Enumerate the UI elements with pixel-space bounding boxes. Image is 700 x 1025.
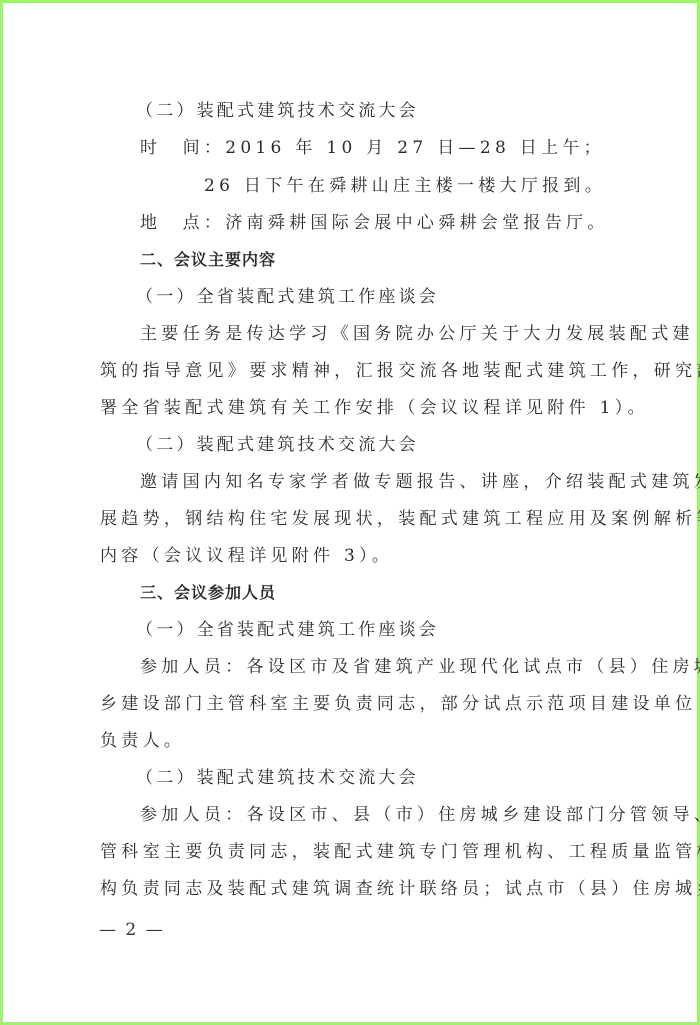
body-paragraph-line: 负责人。 [100, 730, 185, 752]
body-paragraph-line: 管科室主要负责同志，装配式建筑专门管理机构、工程质量监管机 [100, 841, 700, 863]
registration-line: 26 日下午在舜耕山庄主楼一楼大厅报到。 [204, 175, 606, 197]
section-heading-main-content: 二、会议主要内容 [140, 249, 276, 271]
body-paragraph-line: 邀请国内知名专家学者做专题报告、讲座，介绍装配式建筑发 [140, 471, 700, 493]
body-paragraph-line: 展趋势，钢结构住宅发展现状，装配式建筑工程应用及案例解析等 [100, 508, 700, 530]
subheading-technical-exchange: （二）装配式建筑技术交流大会 [136, 434, 419, 456]
subheading-technical-exchange: （二）装配式建筑技术交流大会 [136, 100, 419, 122]
body-paragraph-line: 乡建设部门主管科室主要负责同志，部分试点示范项目建设单位 [100, 693, 696, 715]
body-paragraph-line: 内容（会议议程详见附件 3）。 [100, 545, 393, 567]
body-paragraph-line: 主要任务是传达学习《国务院办公厅关于大力发展装配式建 [140, 323, 694, 345]
body-paragraph-line: 参加人员：各设区市及省建筑产业现代化试点市（县）住房城 [140, 656, 700, 678]
time-line: 时 间：2016 年 10 月 27 日—28 日上午； [140, 137, 605, 159]
subheading-provincial-symposium: （一）全省装配式建筑工作座谈会 [136, 619, 439, 641]
page-number: — 2 — [99, 920, 165, 940]
body-paragraph-line: 署全省装配式建筑有关工作安排（会议议程详见附件 1）。 [100, 397, 649, 419]
document-page: （二）装配式建筑技术交流大会 时 间：2016 年 10 月 27 日—28 日… [3, 3, 697, 1022]
body-paragraph-line: 参加人员：各设区市、县（市）住房城乡建设部门分管领导、主 [140, 804, 700, 826]
location-line: 地 点：济南舜耕国际会展中心舜耕会堂报告厅。 [140, 212, 609, 234]
subheading-technical-exchange: （二）装配式建筑技术交流大会 [136, 767, 419, 789]
subheading-provincial-symposium: （一）全省装配式建筑工作座谈会 [136, 286, 439, 308]
body-paragraph-line: 构负责同志及装配式建筑调查统计联络员；试点市（县）住房城乡 [100, 878, 700, 900]
section-heading-participants: 三、会议参加人员 [140, 582, 276, 604]
body-paragraph-line: 筑的指导意见》要求精神，汇报交流各地装配式建筑工作，研究部 [100, 360, 700, 382]
